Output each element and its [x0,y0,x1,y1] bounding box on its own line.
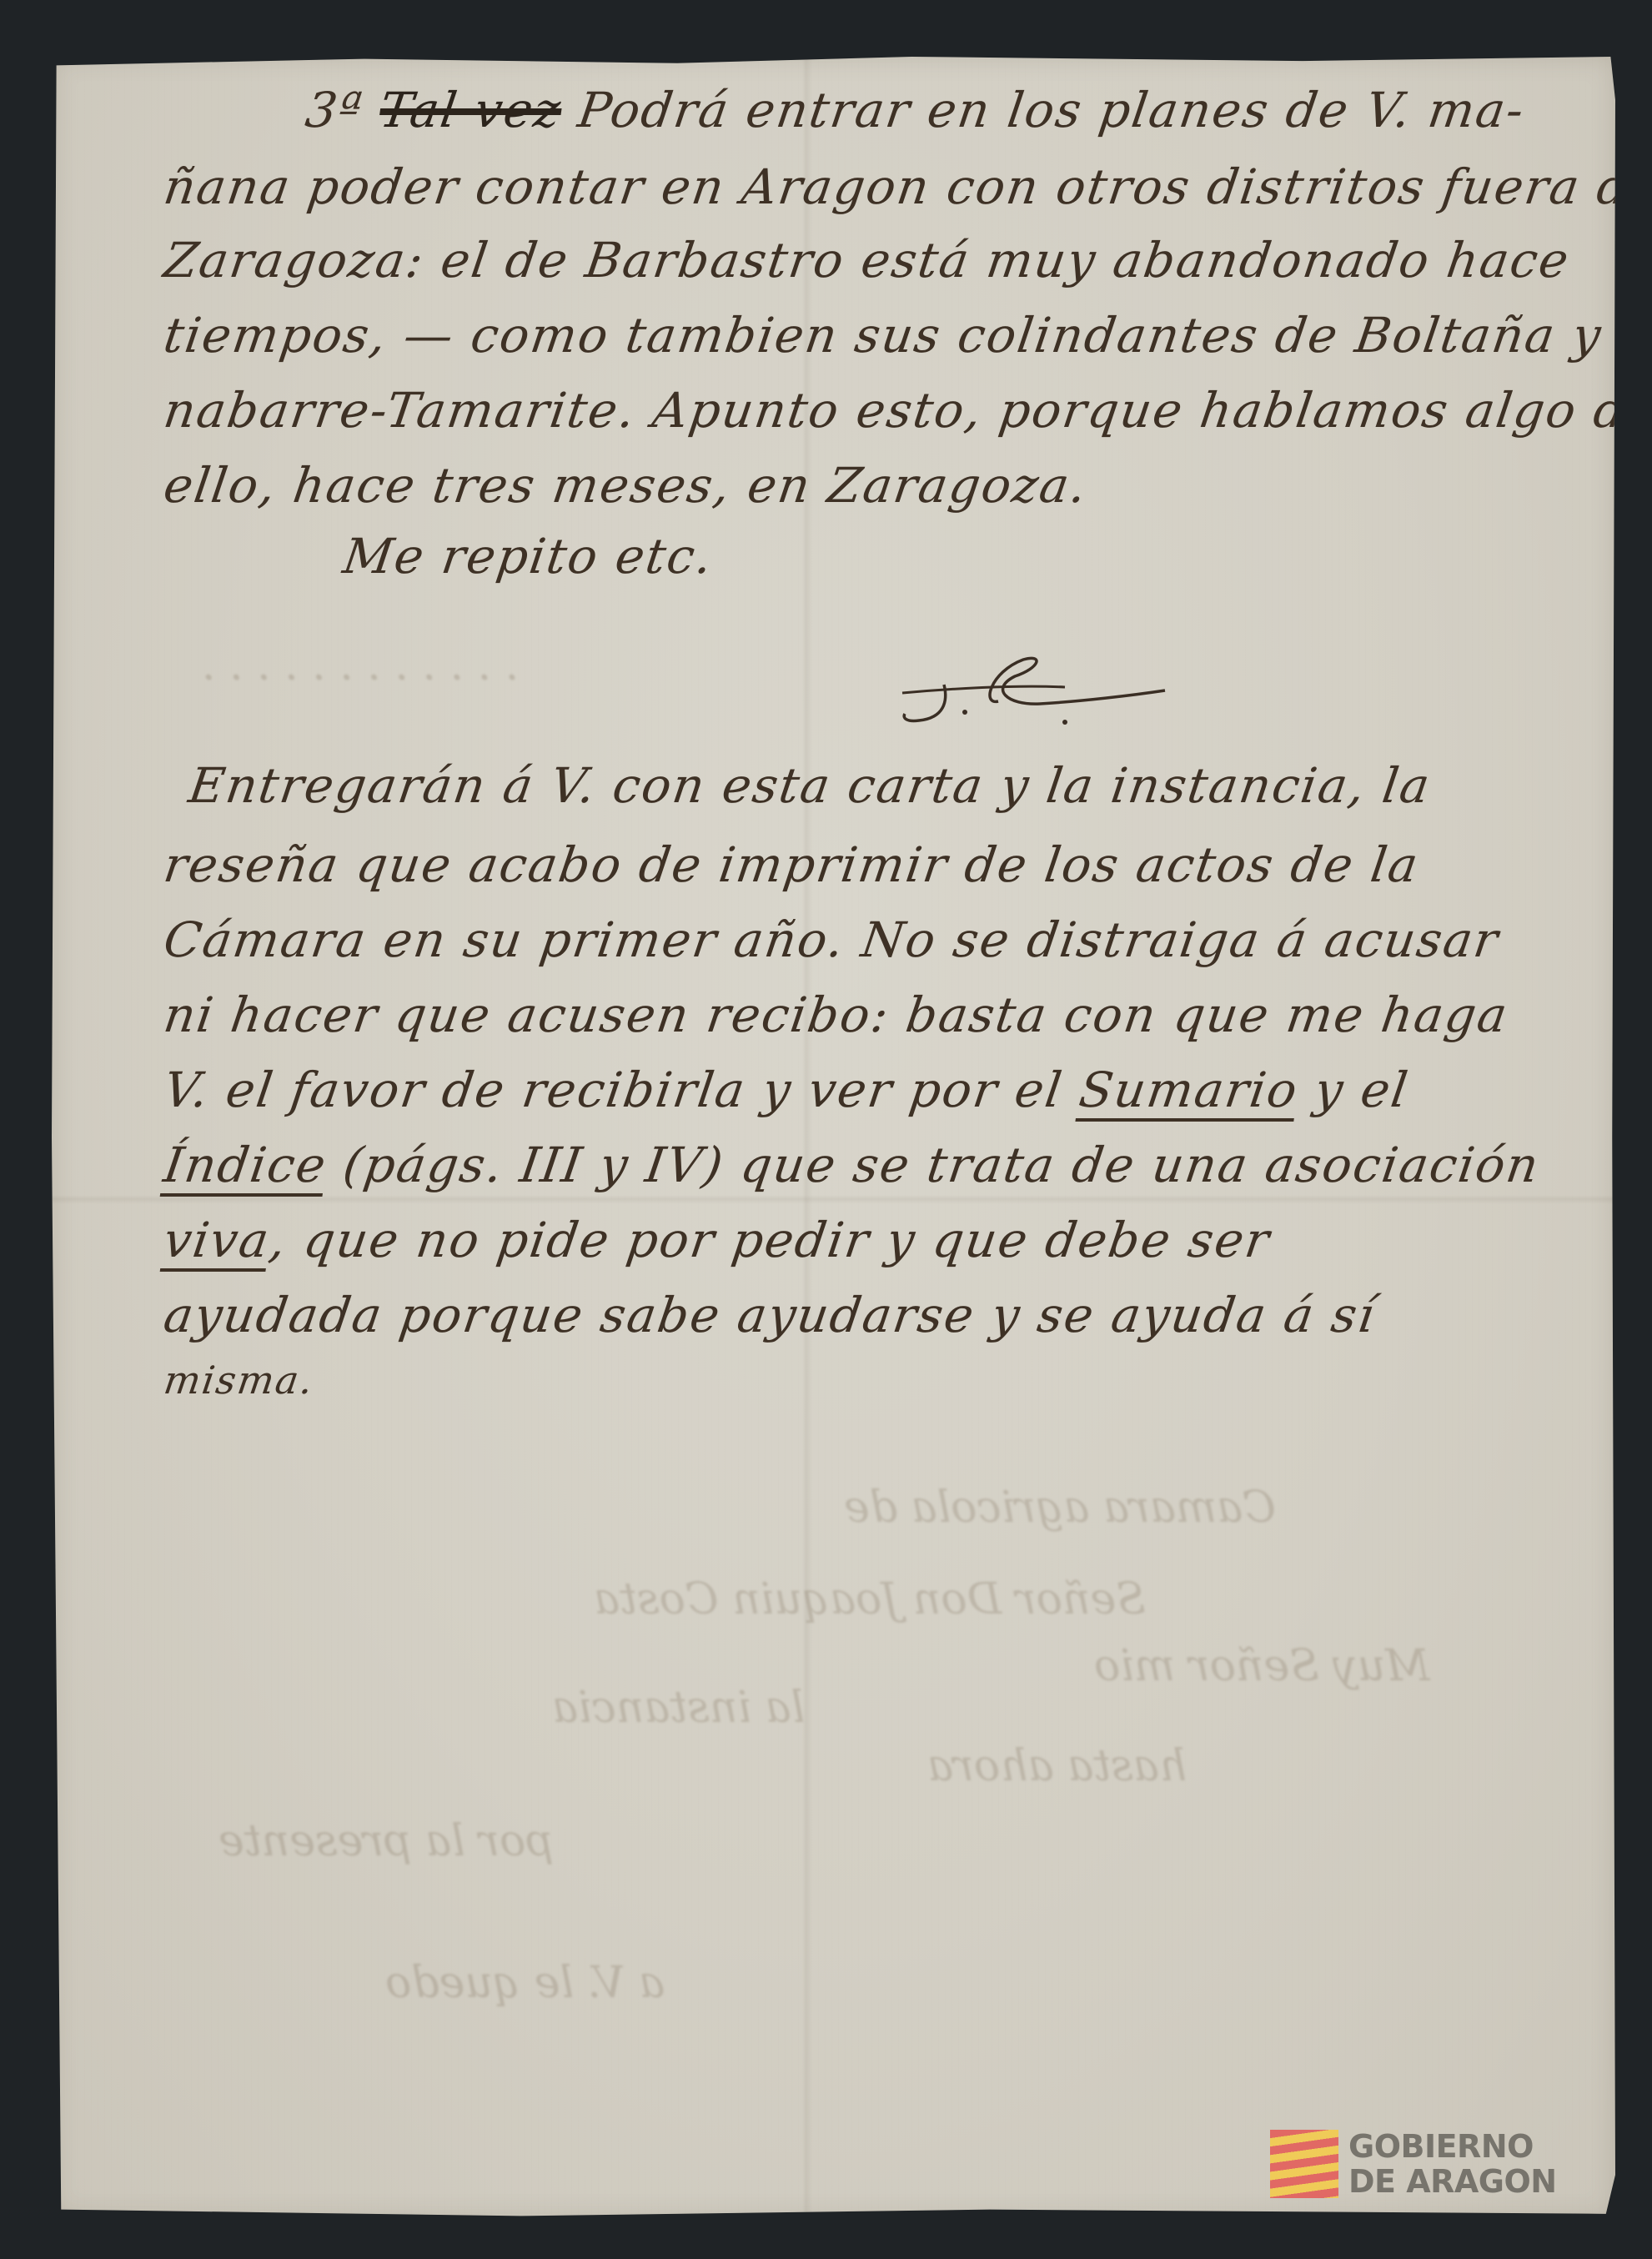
letter-line: ñana poder contar en Aragon con otros di… [160,158,1652,215]
letter-line: reseña que acabo de imprimir de los acto… [160,836,1423,893]
letter-line: Entregarán á V. con esta carta y la inst… [185,757,1434,814]
underlined-word: Índice [160,1137,330,1193]
line-text: , que no pide por pedir y que debe ser [266,1212,1274,1268]
closing-text: Me repito etc. [339,528,717,585]
logo-line-2: DE ARAGON [1348,2164,1557,2199]
logo-text: GOBIERNO DE ARAGON [1348,2129,1557,2199]
bleed-through-text: Muy Señor mio [1094,1641,1429,1691]
line-text: V. el favor de recibirla y ver por el [160,1062,1083,1118]
letter-line: tiempos, — como tambien sus colindantes … [160,307,1652,364]
underlined-word: viva [160,1212,274,1268]
letter-page: Camara agricola de Señor Don Joaquin Cos… [52,57,1615,2218]
letter-line: V. el favor de recibirla y ver por el Su… [160,1062,1413,1118]
letter-line: Cámara en su primer año. No se distraiga… [160,911,1503,968]
letter-line: viva, que no pide por pedir y que debe s… [160,1212,1274,1268]
list-number: 3ª [302,82,367,138]
bleed-through-text: a V. le quedo [385,1958,665,2008]
aragon-flag-icon [1270,2130,1338,2198]
bleed-through-text: Camara agricola de [844,1483,1276,1533]
bleed-through-text: hasta ahora [927,1741,1187,1791]
letter-line: ni hacer que acusen recibo: basta con qu… [160,986,1512,1043]
letter-line: ello, hace tres meses, en Zaragoza. [160,457,1091,514]
gobierno-aragon-logo: GOBIERNO DE ARAGON [1270,2129,1557,2199]
letter-line: Índice (págs. III y IV) que se trata de … [160,1137,1544,1193]
line-text: (págs. III y IV) que se trata de una aso… [323,1137,1544,1193]
bleed-through-text: . . . . . . . . . . . . [202,640,519,690]
letter-line: ayudada porque sabe ayudarse y se ayuda … [160,1287,1379,1343]
bleed-through-text: Señor Don Joaquin Costa [594,1574,1146,1624]
line-text: y el [1294,1062,1413,1118]
letter-line: nabarre-Tamarite. Apunto esto, porque ha… [160,382,1652,439]
logo-line-1: GOBIERNO [1348,2129,1557,2164]
signature-flourish [898,655,1173,730]
letter-line: misma. [161,1358,317,1403]
letter-line: 3ª Tal vez Podrá entrar en los planes de… [302,82,1529,138]
letter-line: Zaragoza: el de Barbastro está muy aband… [160,232,1574,289]
bleed-through-text: por la presente [218,1816,554,1866]
struck-text: Tal vez [376,82,565,138]
underlined-word: Sumario [1076,1062,1302,1118]
line-text: Podrá entrar en los planes de V. ma- [575,82,1529,138]
bleed-through-text: la instancia [552,1683,805,1733]
